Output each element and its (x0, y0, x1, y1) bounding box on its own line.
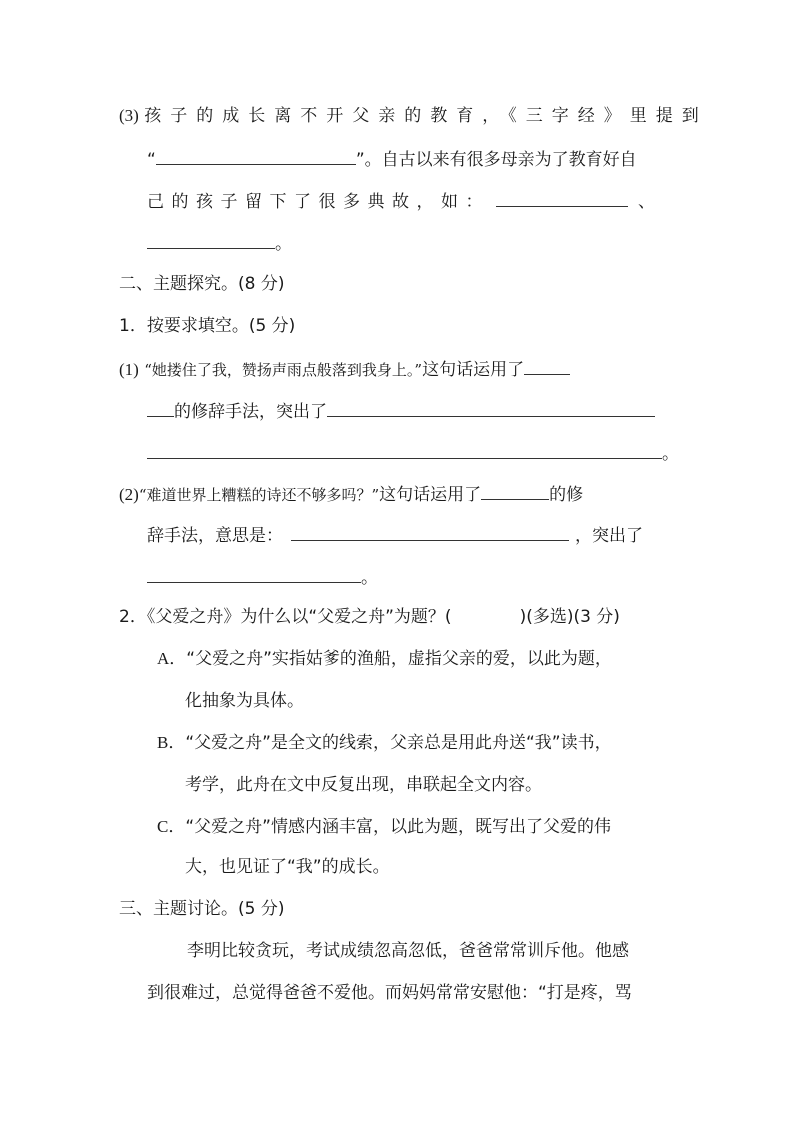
q3-answer-blank-2[interactable] (496, 188, 628, 207)
q3-answer-blank-3[interactable] (147, 230, 275, 249)
q1-sub2-line2: 辞手法，意思是：，突出了 (147, 522, 643, 548)
sub2-text: 这句话运用了 (379, 485, 481, 505)
option-a-text: “父爱之舟”实指姑爹的渔船，虚指父亲的爱，以此为题， (186, 649, 612, 669)
period: 。 (361, 568, 378, 588)
sub2-answer-blank-2[interactable] (291, 522, 569, 541)
q3-line3: 己的孩子留下了很多典故，如：、 (147, 188, 655, 214)
sub1-answer-blank-1[interactable] (524, 356, 570, 375)
option-a-line1[interactable]: A．“父爱之舟”实指姑爹的渔船，虚指父亲的爱，以此为题， (157, 647, 612, 671)
sub2-number: (2) (119, 485, 139, 504)
q3-line4: 。 (147, 230, 292, 256)
section2-title: 二、主题探究。(8 分) (119, 272, 284, 296)
sub2-text-line2b: ，突出了 (575, 526, 643, 546)
sub1-quote: “她搂住了我，赞扬声雨点般落到我身上。” (144, 361, 422, 379)
sub2-text-line2: 辞手法，意思是： (147, 526, 283, 546)
section3-para-line2: 到很难过，总觉得爸爸不爱他。而妈妈常常安慰他：“打是疼，骂 (147, 981, 632, 1005)
q3-text-line3: 己的孩子留下了很多典故，如： (147, 192, 490, 212)
separator: 、 (638, 192, 655, 212)
sub1-answer-blank-1-cont[interactable] (147, 398, 174, 417)
option-c-line2: 大，也见证了“我”的成长。 (185, 855, 390, 879)
q1-sub2-line1: (2)“难道世界上糟糕的诗还不够多吗？”这句话运用了的修 (119, 481, 583, 507)
option-c-text: “父爱之舟”情感内涵丰富，以此为题，既写出了父爱的伟 (185, 817, 611, 837)
q3-answer-blank-1[interactable] (156, 146, 356, 165)
option-b-label: B． (157, 733, 185, 752)
q3-text-line2: ”。自古以来有很多母亲为了教育好自 (356, 150, 637, 170)
section3-title: 三、主题讨论。(5 分) (119, 897, 284, 921)
q3-text-line1: 孩子的成长离不开父亲的教育，《三字经》里提到 (144, 106, 708, 126)
q2-paren-close: )(多选)(3 分) (520, 607, 620, 627)
sub1-answer-blank-2[interactable] (327, 398, 655, 417)
q3-number: (3) (119, 106, 139, 125)
sub2-answer-blank-3[interactable] (147, 564, 361, 583)
q1-title: 1．按要求填空。(5 分) (119, 314, 295, 338)
q1-sub1-line2: 的修辞手法，突出了 (147, 398, 655, 424)
sub1-answer-blank-2-cont[interactable] (147, 440, 662, 459)
q1-sub1-line1: (1) “她搂住了我，赞扬声雨点般落到我身上。”这句话运用了 (119, 356, 570, 382)
option-c-line1[interactable]: C．“父爱之舟”情感内涵丰富，以此为题，既写出了父爱的伟 (157, 815, 611, 839)
section3-para-line1: 李明比较贪玩，考试成绩忽高忽低，爸爸常常训斥他。他感 (187, 939, 629, 963)
q2-title-line: 2．《父爱之舟》为什么以“父爱之舟”为题？()(多选)(3 分) (119, 605, 620, 629)
option-c-label: C． (157, 817, 185, 836)
option-b-line2: 考学，此舟在文中反复出现，串联起全文内容。 (185, 773, 542, 797)
q1-sub1-line3: 。 (147, 440, 679, 466)
open-quote: “ (147, 150, 156, 170)
q2-title: 2．《父爱之舟》为什么以“父爱之舟”为题？( (119, 607, 452, 627)
sub2-quote: “难道世界上糟糕的诗还不够多吗？” (139, 486, 379, 504)
option-b-line1[interactable]: B．“父爱之舟”是全文的线索，父亲总是用此舟送“我”读书， (157, 731, 612, 755)
sub1-number: (1) (119, 360, 139, 379)
q3-line1: (3) 孩子的成长离不开父亲的教育，《三字经》里提到 (119, 104, 708, 128)
option-a-line2: 化抽象为具体。 (185, 689, 304, 713)
sub2-answer-blank-1[interactable] (481, 481, 549, 500)
sub1-text-line2: 的修辞手法，突出了 (174, 402, 327, 422)
q3-line2: “”。自古以来有很多母亲为了教育好自 (147, 146, 637, 172)
period: 。 (662, 444, 679, 464)
option-b-text: “父爱之舟”是全文的线索，父亲总是用此舟送“我”读书， (185, 733, 611, 753)
sub1-text: 这句话运用了 (422, 360, 524, 380)
period: 。 (275, 234, 292, 254)
sub2-text-end: 的修 (549, 485, 583, 505)
option-a-label: A． (157, 649, 186, 668)
q1-sub2-line3: 。 (147, 564, 378, 590)
